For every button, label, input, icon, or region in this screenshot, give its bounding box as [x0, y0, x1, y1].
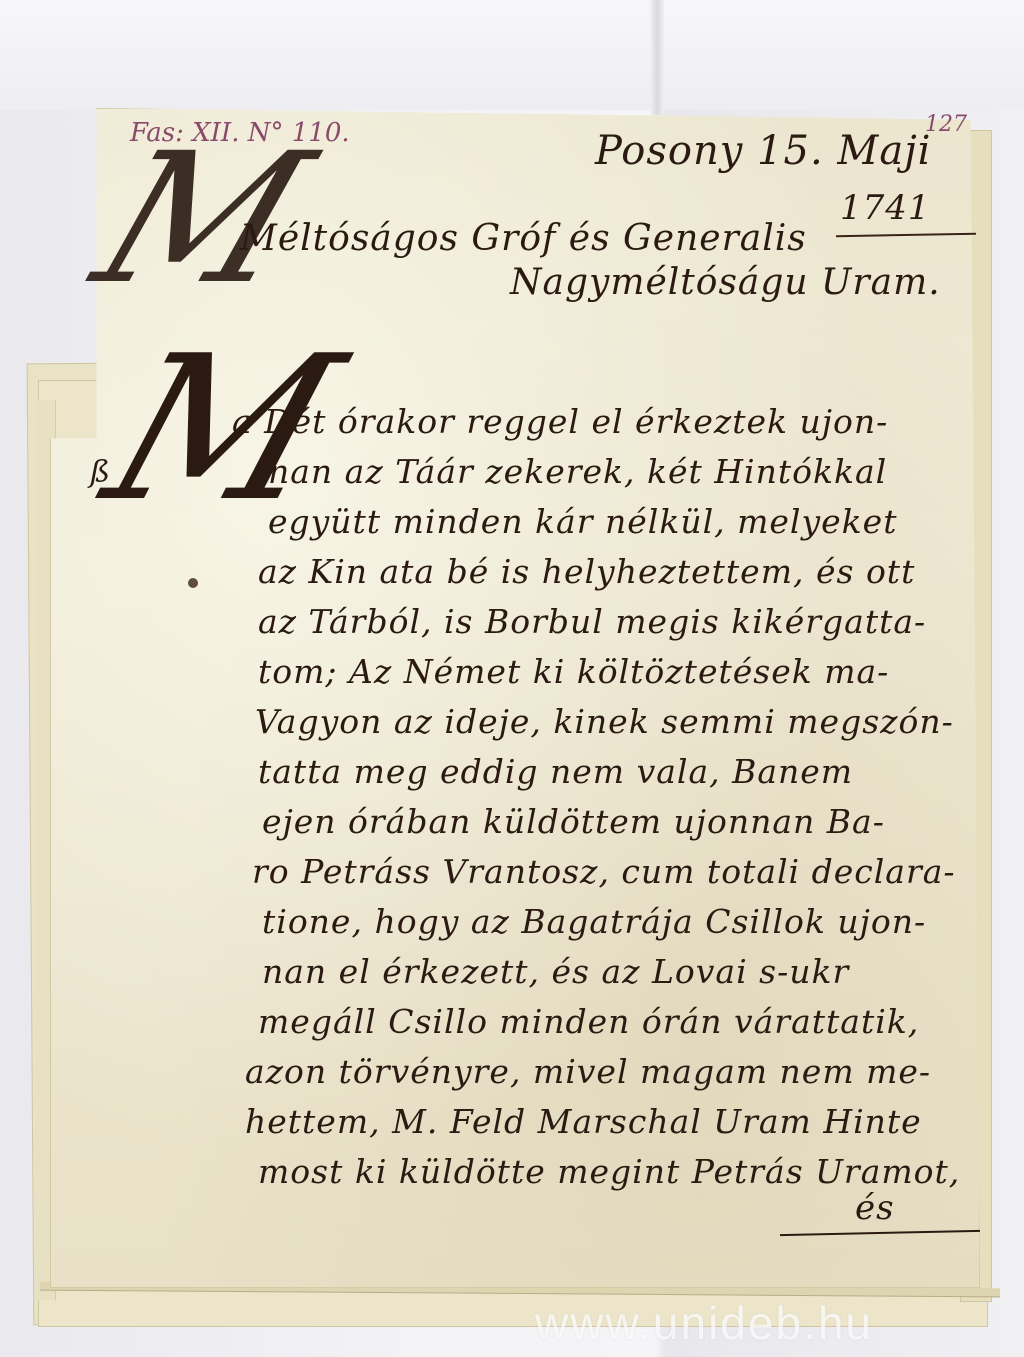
- body-line: Vagyon az ideje, kinek semmi megszón-: [255, 702, 954, 741]
- closing-word: és: [855, 1188, 895, 1228]
- backdrop-top: [0, 0, 1024, 110]
- watermark: www.unideb.hu: [535, 1296, 873, 1350]
- salutation-line-1: Méltóságos Gróf és Generalis: [240, 218, 807, 259]
- backdrop-fold: [650, 0, 664, 115]
- body-line: tom; Az Német ki költöztetések ma-: [258, 652, 889, 691]
- body-line: a Dét órakor reggel el érkeztek ujon-: [232, 402, 888, 441]
- body-line: azon törvényre, mivel magam nem me-: [245, 1052, 931, 1091]
- body-line: együtt minden kár nélkül, melyeket: [268, 502, 897, 541]
- body-line: megáll Csillo minden órán várattatik,: [258, 1002, 919, 1041]
- salutation-line-2: Nagyméltóságu Uram.: [510, 262, 941, 303]
- body-line: tione, hogy az Bagatrája Csillok ujon-: [262, 902, 926, 941]
- place-date: Posony 15. Maji: [595, 128, 931, 174]
- body-line: ro Petráss Vrantosz, cum totali declara-: [252, 852, 956, 891]
- body-line: tatta meg eddig nem vala, Banem: [258, 752, 853, 791]
- body-line: hettem, M. Feld Marschal Uram Hinte: [245, 1102, 922, 1141]
- margin-note: ß: [90, 455, 110, 490]
- body-line: az Kin ata bé is helyheztettem, és ott: [258, 552, 915, 591]
- ink-blot: [188, 578, 198, 588]
- body-line: nan az Táár zekerek, két Hintókkal: [268, 452, 887, 491]
- body-line: nan el érkezett, és az Lovai s-ukr: [262, 952, 849, 991]
- date-year: 1741: [840, 188, 931, 228]
- body-line: az Tárból, is Borbul megis kikérgatta-: [258, 602, 926, 641]
- body-line: ejen órában küldöttem ujonnan Ba-: [262, 802, 885, 841]
- body-line: most ki küldötte megint Petrás Uramot,: [258, 1152, 960, 1191]
